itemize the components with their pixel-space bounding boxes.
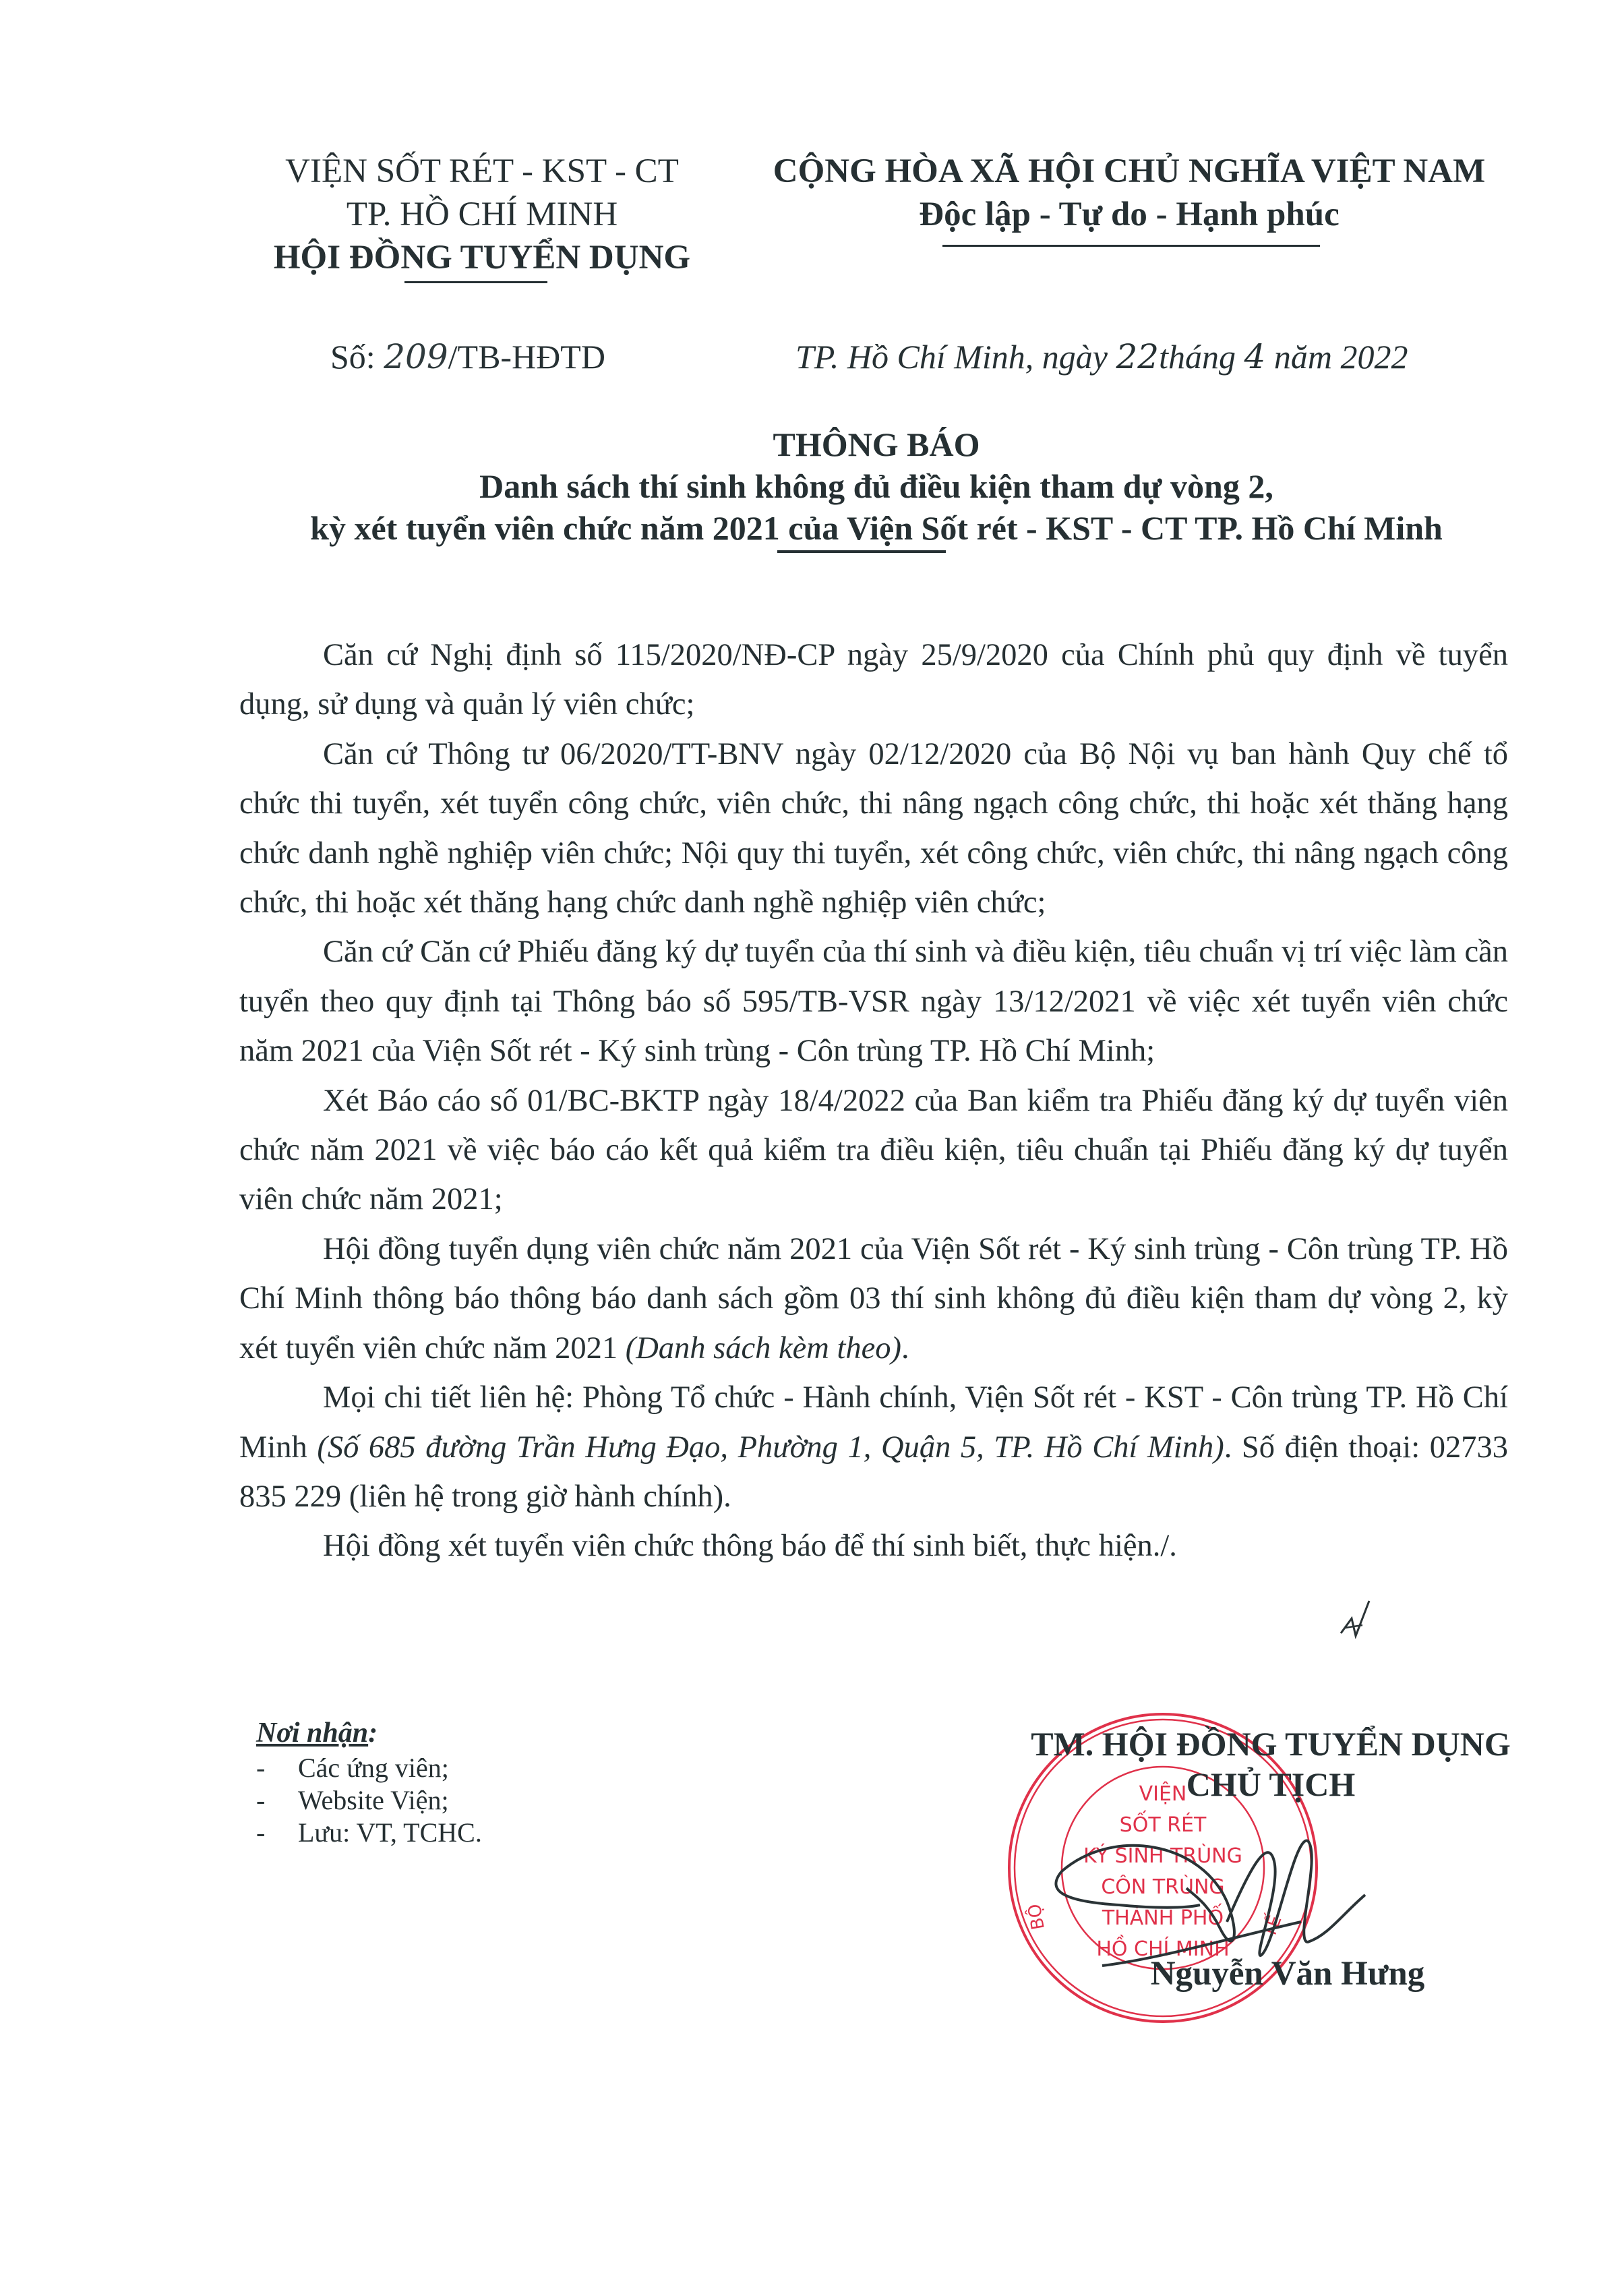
- closing-paragraph: Hội đồng xét tuyển viên chức thông báo đ…: [239, 1521, 1508, 1571]
- attached-list-note: (Danh sách kèm theo): [626, 1331, 901, 1366]
- recipient-item: -Lưu: VT, TCHC.: [256, 1817, 482, 1849]
- notice-title-block: THÔNG BÁO Danh sách thí sinh không đủ đi…: [222, 423, 1530, 549]
- national-motto: Độc lập - Tự do - Hạnh phúc: [725, 193, 1534, 236]
- recipient-label: Các ứng viên;: [298, 1753, 449, 1783]
- document-date: TP. Hồ Chí Minh, ngày 22tháng 4 năm 2022: [795, 337, 1408, 376]
- legal-basis-circular: Căn cứ Thông tư 06/2020/TT-BNV ngày 02/1…: [239, 730, 1508, 928]
- date-year: năm 2022: [1274, 338, 1408, 376]
- bullet-dash: -: [256, 1752, 265, 1784]
- signature-block: TM. HỘI ĐỒNG TUYỂN DỤNG CHỦ TỊCH: [984, 1724, 1557, 1805]
- notice-subtitle-line1: Danh sách thí sinh không đủ điều kiện th…: [222, 465, 1530, 507]
- recipients-colon: :: [368, 1718, 378, 1749]
- recipient-label: Website Viện;: [298, 1785, 449, 1815]
- national-motto-block: CỘNG HÒA XÃ HỘI CHỦ NGHĨA VIỆT NAM Độc l…: [725, 150, 1534, 236]
- country-name: CỘNG HÒA XÃ HỘI CHỦ NGHĨA VIỆT NAM: [725, 150, 1534, 193]
- legal-basis-registration: Căn cứ Căn cứ Phiếu đăng ký dự tuyển của…: [239, 927, 1508, 1076]
- bullet-dash: -: [256, 1817, 265, 1849]
- legal-basis-decree: Căn cứ Nghị định số 115/2020/NĐ-CP ngày …: [239, 630, 1508, 730]
- recipient-item: -Các ứng viên;: [256, 1752, 482, 1784]
- recipients-list: -Các ứng viên; -Website Viện; -Lưu: VT, …: [256, 1752, 482, 1849]
- contact-paragraph: Mọi chi tiết liên hệ: Phòng Tổ chức - Hà…: [239, 1373, 1508, 1521]
- council-underline: [404, 281, 547, 283]
- title-underline: [777, 550, 946, 553]
- motto-underline: [942, 245, 1320, 247]
- recipients-heading: Nơi nhận: [256, 1718, 368, 1749]
- notice-title: THÔNG BÁO: [222, 423, 1530, 465]
- recipient-item: -Website Viện;: [256, 1784, 482, 1817]
- inspection-report: Xét Báo cáo số 01/BC-BKTP ngày 18/4/2022…: [239, 1076, 1508, 1225]
- announcement-end: .: [901, 1331, 909, 1366]
- document-number-label: Số:: [330, 338, 375, 376]
- initial-mark-icon: [1338, 1598, 1372, 1639]
- signer-name: Nguyễn Văn Hưng: [984, 1954, 1591, 1993]
- issuing-agency-block: VIỆN SỐT RÉT - KST - CT TP. HỒ CHÍ MINH …: [249, 150, 715, 279]
- date-prefix: TP. Hồ Chí Minh, ngày: [795, 338, 1108, 376]
- council-name: HỘI ĐỒNG TUYỂN DỤNG: [249, 236, 715, 279]
- contact-address: (Số 685 đường Trần Hưng Đạo, Phường 1, Q…: [317, 1430, 1224, 1465]
- agency-name: VIỆN SỐT RÉT - KST - CT: [249, 150, 715, 193]
- notice-body: Căn cứ Nghị định số 115/2020/NĐ-CP ngày …: [239, 630, 1508, 1571]
- recipients-block: Nơi nhận: -Các ứng viên; -Website Viện; …: [256, 1717, 482, 1849]
- announcement-paragraph: Hội đồng tuyển dụng viên chức năm 2021 c…: [239, 1225, 1508, 1373]
- notice-subtitle-line2: kỳ xét tuyển viên chức năm 2021 của Viện…: [222, 507, 1530, 549]
- date-month-handwritten: 4: [1244, 337, 1266, 376]
- recipient-label: Lưu: VT, TCHC.: [298, 1817, 482, 1848]
- document-number-handwritten: 209: [384, 337, 448, 376]
- agency-city: TP. HỒ CHÍ MINH: [249, 193, 715, 236]
- signing-authority: TM. HỘI ĐỒNG TUYỂN DỤNG: [984, 1724, 1557, 1764]
- date-day-handwritten: 22: [1116, 337, 1160, 376]
- document-number-suffix: /TB-HĐTD: [448, 338, 605, 376]
- document-number: Số: 209/TB-HĐTD: [330, 337, 605, 376]
- date-month-label: tháng: [1159, 338, 1236, 376]
- signer-position: CHỦ TỊCH: [984, 1764, 1557, 1805]
- bullet-dash: -: [256, 1784, 265, 1817]
